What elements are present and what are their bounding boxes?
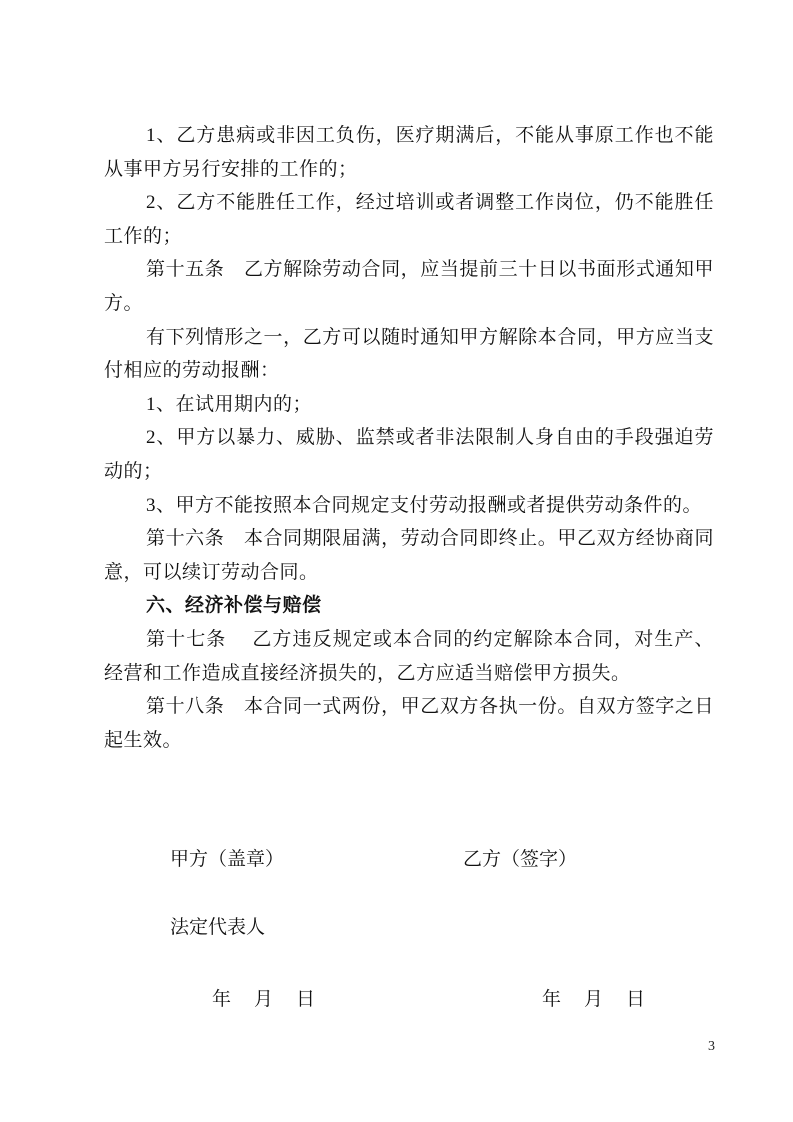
- contract-paragraph: 第十七条 乙方违反规定或本合同的约定解除本合同，对生产、经营和工作造成直接经济损…: [104, 623, 714, 690]
- party-b-signature-label: 乙方（签字）: [463, 848, 577, 871]
- legal-representative-label: 法定代表人: [170, 916, 265, 939]
- contract-paragraph: 第十五条 乙方解除劳动合同，应当提前三十日以书面形式通知甲方。: [104, 253, 714, 320]
- contract-paragraph: 有下列情形之一，乙方可以随时通知甲方解除本合同，甲方应当支付相应的劳动报酬：: [104, 321, 714, 388]
- contract-body: 1、乙方患病或非因工负伤，医疗期满后，不能从事原工作也不能从事甲方另行安排的工作…: [104, 119, 714, 757]
- contract-paragraph: 2、甲方以暴力、威胁、监禁或者非法限制人身自由的手段强迫劳动的；: [104, 421, 714, 488]
- document-page: 1、乙方患病或非因工负伤，医疗期满后，不能从事原工作也不能从事甲方另行安排的工作…: [0, 0, 793, 1122]
- section-heading: 六、经济补偿与赔偿: [104, 589, 714, 623]
- contract-paragraph: 第十六条 本合同期限届满，劳动合同即终止。甲乙双方经协商同意，可以续订劳动合同。: [104, 522, 714, 589]
- contract-paragraph: 1、乙方患病或非因工负伤，医疗期满后，不能从事原工作也不能从事甲方另行安排的工作…: [104, 119, 714, 186]
- contract-paragraph: 第十八条 本合同一式两份，甲乙双方各执一份。自双方签字之日起生效。: [104, 690, 714, 757]
- party-a-seal-label: 甲方（盖章）: [170, 848, 284, 871]
- contract-paragraph: 1、在试用期内的；: [104, 388, 714, 422]
- contract-paragraph: 2、乙方不能胜任工作，经过培训或者调整工作岗位，仍不能胜任工作的；: [104, 186, 714, 253]
- date-line-party-a: 年 月 日: [212, 988, 317, 1011]
- date-line-party-b: 年 月 日: [542, 988, 647, 1011]
- page-number: 3: [708, 1039, 715, 1055]
- contract-paragraph: 3、甲方不能按照本合同规定支付劳动报酬或者提供劳动条件的。: [104, 489, 714, 523]
